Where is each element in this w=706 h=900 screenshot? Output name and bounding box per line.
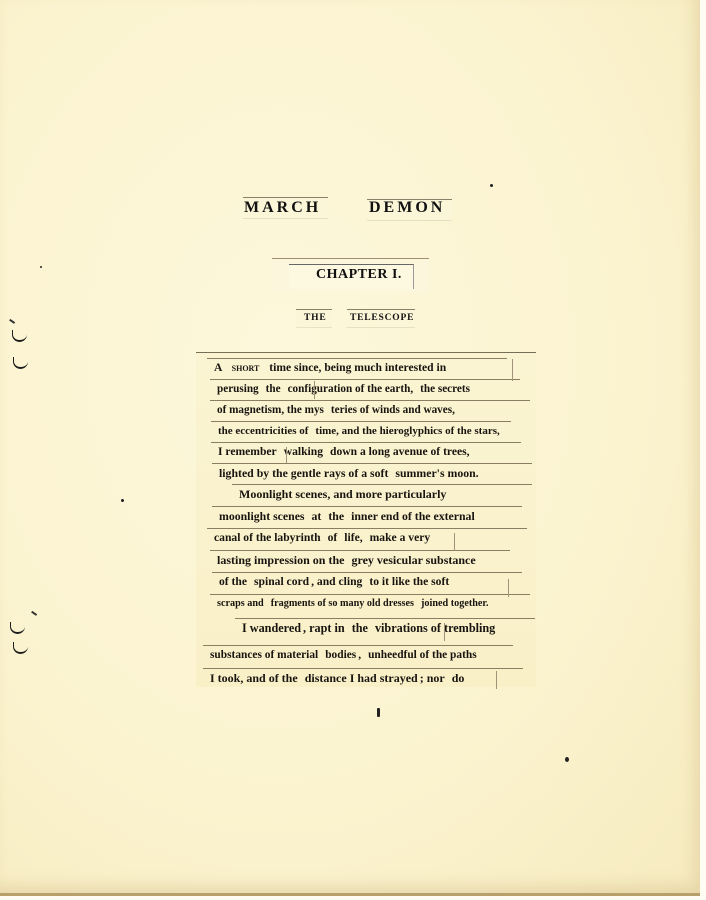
text-segment: the secrets: [419, 383, 471, 395]
text-segment: Moonlight scenes, and more particularly: [238, 487, 447, 501]
text-segment: at: [311, 509, 323, 523]
text-line: Moonlight scenes, and more particularly: [238, 487, 447, 501]
ink-speck: [490, 184, 493, 187]
text-segment: make a very: [369, 531, 432, 544]
text-segment: lighted by the gentle rays of a soft: [218, 466, 389, 480]
clipping-edge: [211, 421, 511, 422]
chapter-heading: CHAPTER I.: [316, 267, 402, 283]
text-line: of thespinal cord, and clingto it like t…: [218, 575, 450, 589]
text-segment: unheedful of the paths: [367, 649, 478, 661]
ink-speck: [565, 757, 569, 762]
text-segment: the eccentricities of: [217, 425, 309, 437]
text-segment: of magnetism, the mys: [216, 404, 325, 416]
ink-mark: [377, 708, 380, 717]
text-segment: summer's moon.: [394, 466, 479, 480]
text-line: I took, and of thedistance I had strayed…: [209, 671, 465, 685]
clipping-edge: [212, 572, 522, 573]
clipping-edge: [211, 442, 521, 443]
text-line: lighted by the gentle rays of a softsumm…: [218, 466, 480, 480]
text-segment: scraps and: [216, 598, 265, 609]
text-segment: grey vesicular substance: [350, 553, 476, 567]
text-line: canal of the labyrinthoflife,make a very: [213, 531, 431, 545]
text-segment: perusing: [216, 383, 260, 395]
subtitle-word-telescope: TELESCOPE: [350, 313, 414, 323]
clipping-cut: [444, 623, 445, 641]
text-segment: time, and the hieroglyphics of the stars…: [314, 425, 500, 437]
clipping-cut: [286, 447, 287, 463]
text-segment: do: [451, 671, 466, 685]
text-line: scraps andfragments of so many old dress…: [216, 597, 490, 611]
clipping-edge: [203, 645, 513, 646]
text-segment: , rapt in: [302, 621, 346, 635]
text-segment: lasting impression on the: [216, 553, 345, 567]
text-segment: short: [231, 361, 261, 374]
text-segment: the: [351, 621, 369, 635]
scan-margin-right: [700, 0, 706, 900]
text-line: substances of materialbodies,unheedful o…: [209, 648, 478, 662]
clipping-cut: [314, 381, 315, 399]
text-segment: canal of the labyrinth: [213, 531, 322, 544]
clipping-edge: [207, 358, 507, 359]
clipping-cut: [508, 579, 509, 597]
text-line: moonlight scenesattheinner end of the ex…: [218, 509, 476, 523]
text-segment: distance I had strayed: [304, 671, 419, 685]
clipping-cut: [454, 533, 455, 551]
text-line: A short time since, being much intereste…: [213, 361, 447, 375]
text-segment: I remember: [217, 445, 278, 458]
ink-speck: [121, 499, 124, 502]
text-segment: to it like the soft: [368, 575, 450, 588]
scan-margin-bottom: [0, 896, 706, 900]
text-segment: life,: [343, 531, 363, 544]
subtitle-word-the: THE: [304, 313, 326, 323]
clipping-cut: [512, 359, 513, 381]
clipping-cut: [496, 671, 497, 689]
text-segment: down a long avenue of trees,: [329, 445, 471, 458]
title-word-march: MARCH: [244, 199, 321, 217]
clipping-edge: [203, 668, 523, 669]
clipping-edge: [212, 463, 532, 464]
clipping-edge: [212, 506, 522, 507]
clipping-edge: [210, 379, 520, 380]
text-segment: inner end of the external: [350, 509, 476, 523]
text-line: of magnetism, the mysteries of winds and…: [216, 403, 456, 417]
text-segment: spinal cord: [253, 575, 310, 588]
clipping-edge: [210, 594, 530, 595]
text-segment: configuration of the earth,: [287, 383, 415, 395]
text-collage: A short time since, being much intereste…: [196, 352, 536, 687]
text-segment: , and cling: [310, 575, 363, 588]
clipping-edge: [235, 618, 535, 619]
text-segment: vibrations of trembling: [374, 621, 496, 635]
clipping-edge: [210, 400, 530, 401]
text-segment: I wandered: [241, 621, 302, 635]
clipping-edge: [210, 550, 510, 551]
text-segment: time since, being much interested in: [265, 361, 447, 374]
text-line: I wandered, rapt inthevibrations of trem…: [241, 621, 496, 635]
text-line: perusingtheconfiguration of the earth,th…: [216, 382, 471, 396]
text-segment: walking: [283, 445, 324, 458]
text-segment: ,: [357, 649, 362, 661]
clipping-edge: [232, 484, 532, 485]
text-segment: fragments of so many old dresses: [270, 598, 415, 609]
text-segment: bodies: [324, 649, 357, 661]
text-segment: of the: [218, 575, 248, 588]
text-segment: substances of material: [209, 649, 319, 661]
text-segment: teries of winds and waves,: [330, 404, 456, 416]
text-segment: I took, and of the: [209, 671, 299, 685]
clipping-edge: [207, 528, 527, 529]
text-segment: moonlight scenes: [218, 509, 306, 523]
text-segment: the: [265, 383, 282, 395]
text-segment: the: [327, 509, 345, 523]
text-segment: joined together.: [420, 598, 490, 609]
text-line: I rememberwalkingdown a long avenue of t…: [217, 445, 471, 459]
title-word-demon: DEMON: [369, 199, 445, 217]
text-segment: ; nor: [419, 671, 446, 685]
text-line: lasting impression on thegrey vesicular …: [216, 553, 477, 567]
text-segment: A: [213, 361, 226, 374]
ink-speck: [40, 266, 42, 268]
text-line: the eccentricities oftime, and the hiero…: [217, 424, 501, 438]
text-segment: of: [327, 531, 339, 544]
